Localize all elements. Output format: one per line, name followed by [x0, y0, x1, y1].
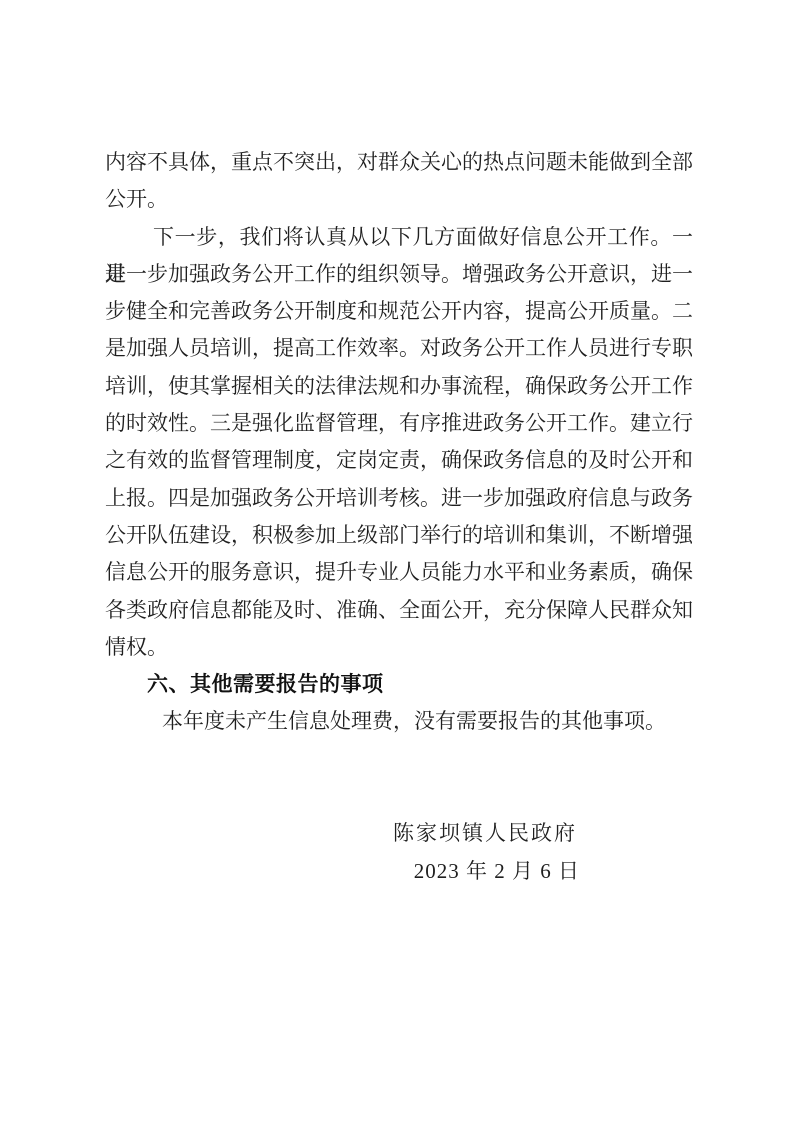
body-line: 下一步，我们将认真从以下几方面做好信息公开工作。一是 — [105, 219, 693, 256]
body-line: 步健全和完善政务公开制度和规范公开内容，提高公开质量。二 — [105, 293, 693, 330]
section-heading: 六、其他需要报告的事项 — [105, 666, 693, 703]
body-line: 之有效的监督管理制度，定岗定责，确保政务信息的及时公开和 — [105, 442, 693, 479]
blank-line — [105, 741, 693, 778]
body-line: 进一步加强政务公开工作的组织领导。增强政务公开意识，进一 — [105, 256, 693, 293]
body-line: 情权。 — [105, 629, 693, 666]
body-line: 的时效性。三是强化监督管理，有序推进政务公开工作。建立行 — [105, 405, 693, 442]
body-line: 公开。 — [105, 181, 693, 218]
body-line: 培训，使其掌握相关的法律法规和办事流程，确保政务公开工作 — [105, 368, 693, 405]
signature-date: 2023 年 2 月 6 日 — [105, 853, 693, 890]
body-line: 是加强人员培训，提高工作效率。对政务公开工作人员进行专职 — [105, 330, 693, 367]
body-line: 内容不具体，重点不突出，对群众关心的热点问题未能做到全部 — [105, 144, 693, 181]
blank-line — [105, 778, 693, 815]
document-page: 内容不具体，重点不突出，对群众关心的热点问题未能做到全部 公开。 下一步，我们将… — [0, 0, 793, 1122]
body-line: 公开队伍建设，积极参加上级部门举行的培训和集训，不断增强 — [105, 517, 693, 554]
body-line: 各类政府信息都能及时、准确、全面公开，充分保障人民群众知 — [105, 592, 693, 629]
section-body-line: 本年度未产生信息处理费，没有需要报告的其他事项。 — [105, 703, 693, 740]
body-line: 上报。四是加强政务公开培训考核。进一步加强政府信息与政务 — [105, 480, 693, 517]
body-line: 信息公开的服务意识，提升专业人员能力水平和业务素质，确保 — [105, 554, 693, 591]
signature-organization: 陈家坝镇人民政府 — [105, 815, 693, 852]
